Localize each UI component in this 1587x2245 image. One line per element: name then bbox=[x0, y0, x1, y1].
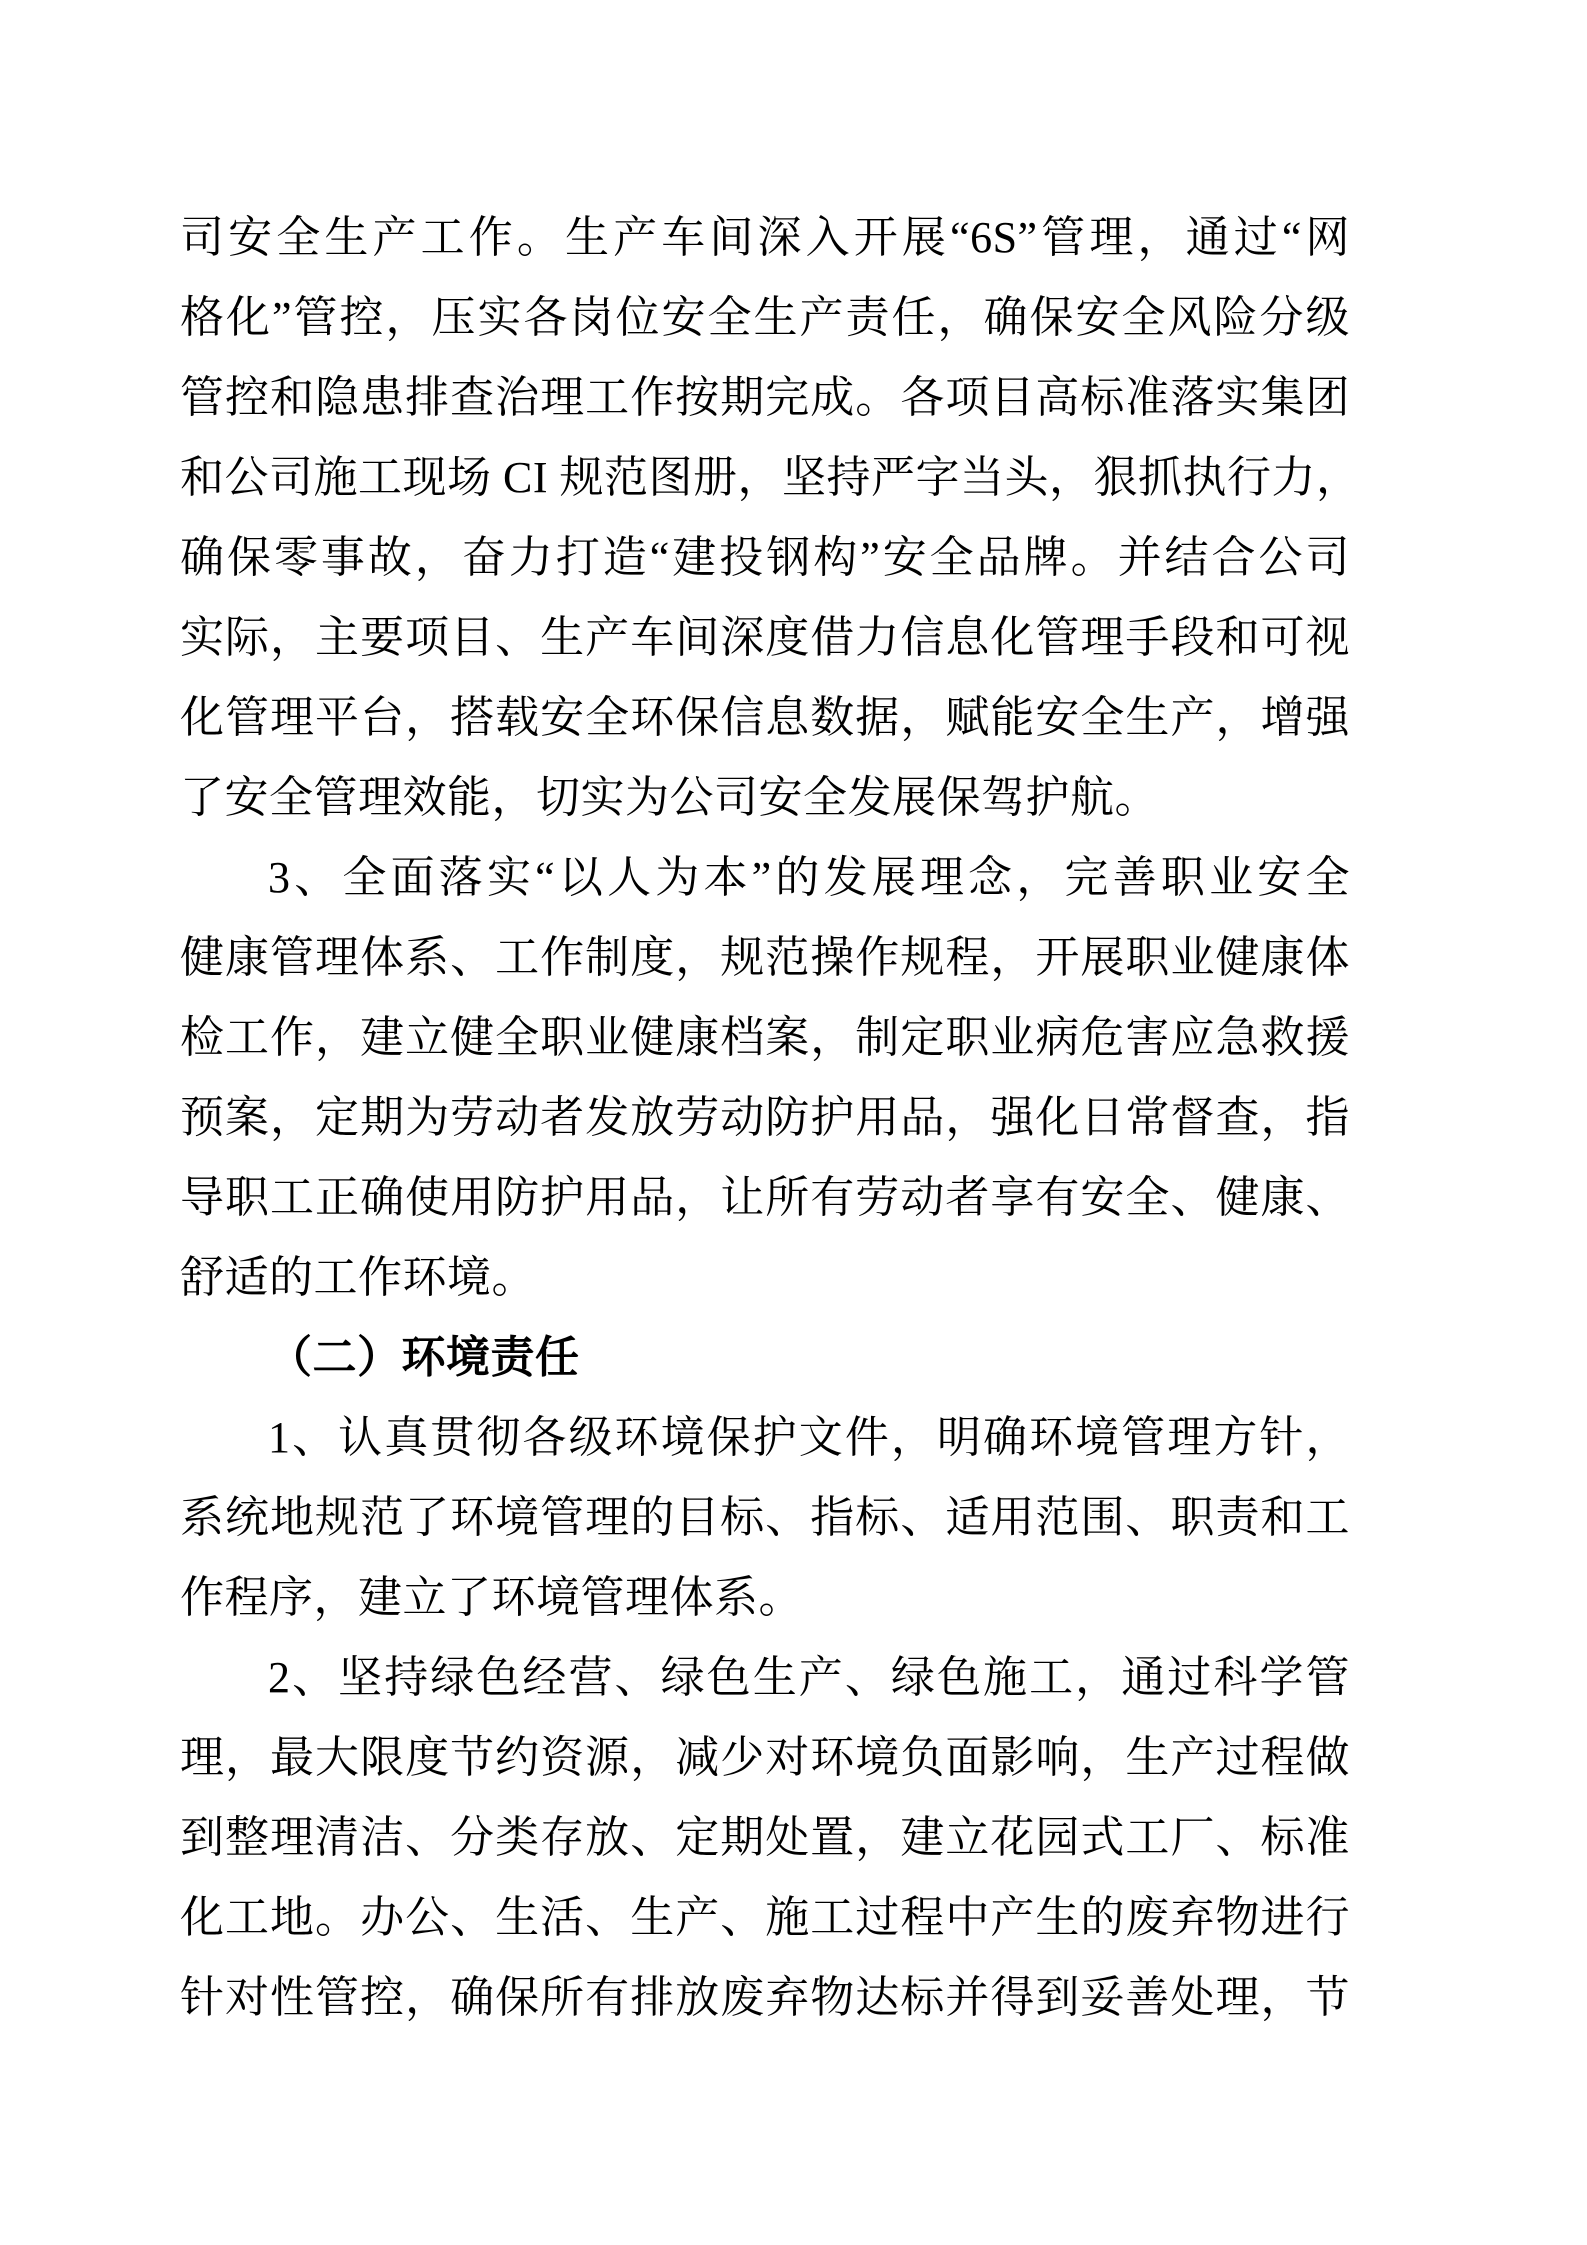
text-line: 司安全生产工作。生产车间深入开展“6S”管理，通过“网 bbox=[180, 198, 1350, 278]
text-line: 格化”管控，压实各岗位安全生产责任，确保安全风险分级 bbox=[180, 278, 1350, 358]
document-page: 司安全生产工作。生产车间深入开展“6S”管理，通过“网格化”管控，压实各岗位安全… bbox=[0, 0, 1587, 2245]
text-line: 理，最大限度节约资源，减少对环境负面影响，生产过程做 bbox=[180, 1718, 1350, 1798]
text-line: 预案，定期为劳动者发放劳动防护用品，强化日常督查，指 bbox=[180, 1078, 1350, 1158]
text-line: 3、全面落实“以人为本”的发展理念，完善职业安全 bbox=[180, 838, 1350, 918]
text-line: 到整理清洁、分类存放、定期处置，建立花园式工厂、标准 bbox=[180, 1798, 1350, 1878]
text-line: 导职工正确使用防护用品，让所有劳动者享有安全、健康、 bbox=[180, 1158, 1350, 1238]
text-line: 确保零事故，奋力打造“建投钢构”安全品牌。并结合公司 bbox=[180, 518, 1350, 598]
text-line: 系统地规范了环境管理的目标、指标、适用范围、职责和工 bbox=[180, 1478, 1350, 1558]
text-line: 管控和隐患排查治理工作按期完成。各项目高标准落实集团 bbox=[180, 358, 1350, 438]
paragraph: 3、全面落实“以人为本”的发展理念，完善职业安全健康管理体系、工作制度，规范操作… bbox=[180, 838, 1350, 1318]
text-line: 针对性管控，确保所有排放废弃物达标并得到妥善处理，节 bbox=[180, 1958, 1350, 2038]
text-line: 2、坚持绿色经营、绿色生产、绿色施工，通过科学管 bbox=[180, 1638, 1350, 1718]
text-line: 化管理平台，搭载安全环保信息数据，赋能安全生产，增强 bbox=[180, 678, 1350, 758]
text-line: 实际，主要项目、生产车间深度借力信息化管理手段和可视 bbox=[180, 598, 1350, 678]
section-heading: （二）环境责任 bbox=[180, 1318, 1350, 1398]
text-line: 和公司施工现场 CI 规范图册，坚持严字当头，狠抓执行力， bbox=[180, 438, 1350, 518]
text-line: 舒适的工作环境。 bbox=[180, 1238, 1350, 1318]
paragraph: 1、认真贯彻各级环境保护文件，明确环境管理方针，系统地规范了环境管理的目标、指标… bbox=[180, 1398, 1350, 1638]
section-heading-text: （二）环境责任 bbox=[180, 1318, 1350, 1398]
text-line: 了安全管理效能，切实为公司安全发展保驾护航。 bbox=[180, 758, 1350, 838]
text-line: 化工地。办公、生活、生产、施工过程中产生的废弃物进行 bbox=[180, 1878, 1350, 1958]
paragraph: 2、坚持绿色经营、绿色生产、绿色施工，通过科学管理，最大限度节约资源，减少对环境… bbox=[180, 1638, 1350, 2038]
text-line: 1、认真贯彻各级环境保护文件，明确环境管理方针， bbox=[180, 1398, 1350, 1478]
document-body: 司安全生产工作。生产车间深入开展“6S”管理，通过“网格化”管控，压实各岗位安全… bbox=[180, 198, 1350, 2038]
text-line: 作程序，建立了环境管理体系。 bbox=[180, 1558, 1350, 1638]
paragraph: 司安全生产工作。生产车间深入开展“6S”管理，通过“网格化”管控，压实各岗位安全… bbox=[180, 198, 1350, 838]
text-line: 健康管理体系、工作制度，规范操作规程，开展职业健康体 bbox=[180, 918, 1350, 998]
text-line: 检工作，建立健全职业健康档案，制定职业病危害应急救援 bbox=[180, 998, 1350, 1078]
